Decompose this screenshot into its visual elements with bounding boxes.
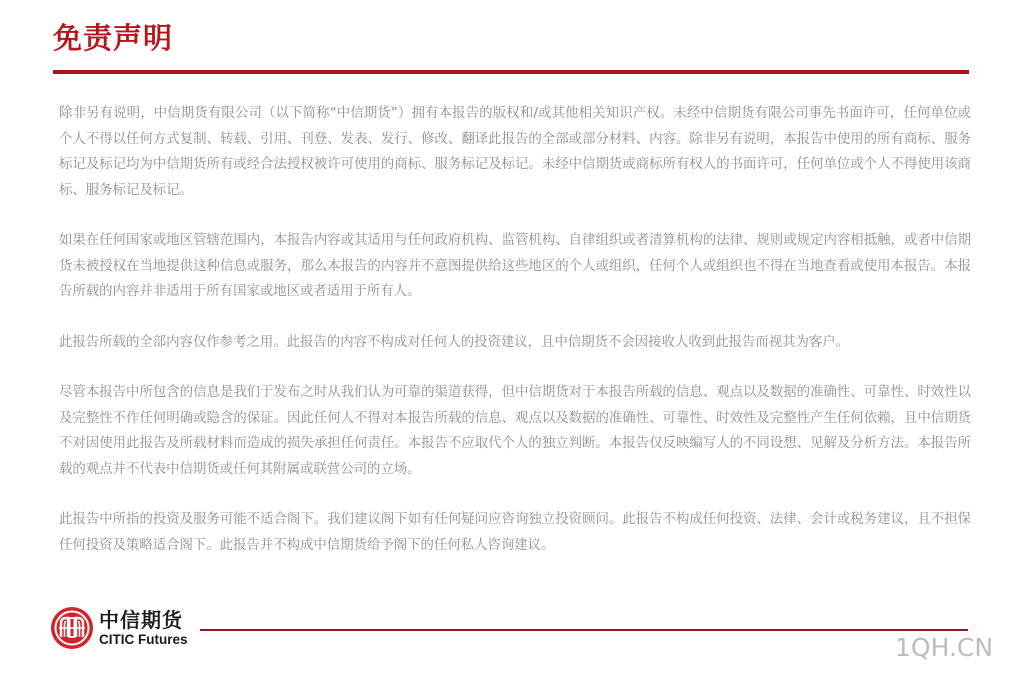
disclaimer-paragraph-suitability: 此报告中所指的投资及服务可能不适合阁下。我们建议阁下如有任何疑问应咨询独立投资顾… xyxy=(59,507,971,558)
title-divider xyxy=(53,70,969,74)
citic-logo-icon xyxy=(50,606,94,650)
page-title: 免责声明 xyxy=(53,18,173,58)
logo-chinese-name: 中信期货 xyxy=(99,610,188,630)
watermark-text: 1QH.CN xyxy=(895,633,993,662)
disclaimer-paragraph-copyright: 除非另有说明，中信期货有限公司（以下简称“中信期货”）拥有本报告的版权和/或其他… xyxy=(59,101,971,203)
disclaimer-body: 除非另有说明，中信期货有限公司（以下简称“中信期货”）拥有本报告的版权和/或其他… xyxy=(59,101,971,583)
disclaimer-paragraph-reference: 此报告所载的全部内容仅作参考之用。此报告的内容不构成对任何人的投资建议，且中信期… xyxy=(59,330,971,356)
logo-english-name: CITIC Futures xyxy=(99,633,188,647)
disclaimer-paragraph-accuracy: 尽管本报告中所包含的信息是我们于发布之时从我们认为可靠的渠道获得，但中信期货对于… xyxy=(59,380,971,482)
footer-divider xyxy=(200,629,968,631)
disclaimer-paragraph-jurisdiction: 如果在任何国家或地区管辖范围内，本报告内容或其适用与任何政府机构、监管机构、自律… xyxy=(59,228,971,305)
citic-futures-logo: 中信期货 CITIC Futures xyxy=(50,606,188,650)
